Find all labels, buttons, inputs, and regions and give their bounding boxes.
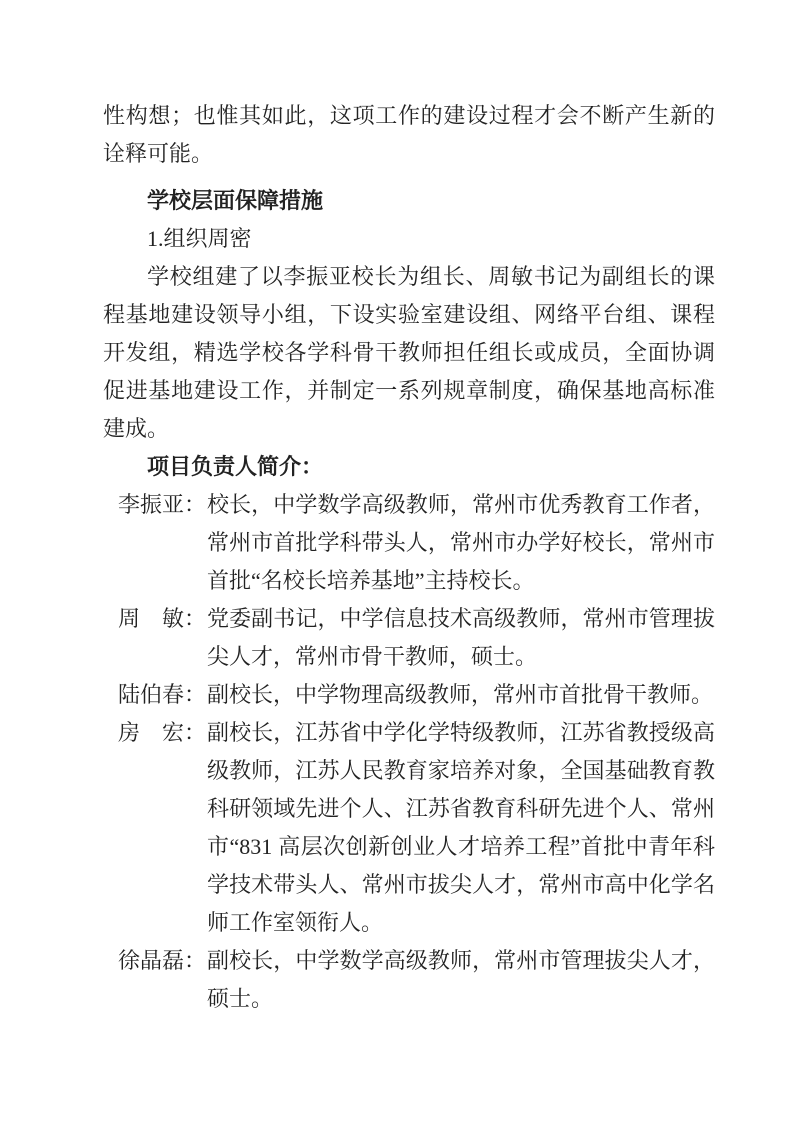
leader-name: 房 宏： (103, 714, 207, 752)
document-page: 性构想；也惟其如此，这项工作的建设过程才会不断产生新的诠释可能。 学校层面保障措… (0, 0, 800, 1131)
document-content: 性构想；也惟其如此，这项工作的建设过程才会不断产生新的诠释可能。 学校层面保障措… (103, 97, 715, 1018)
leader-row: 徐晶磊： 副校长，中学数学高级教师，常州市管理拔尖人才，硕士。 (103, 942, 715, 1018)
leader-name: 徐晶磊： (103, 942, 207, 980)
leader-name: 陆伯春： (103, 676, 207, 714)
leader-bio: 副校长，中学物理高级教师，常州市首批骨干教师。 (207, 676, 715, 714)
leader-bio: 党委副书记，中学信息技术高级教师，常州市管理拔尖人才，常州市骨干教师，硕士。 (207, 600, 715, 676)
leader-row: 周 敏： 党委副书记，中学信息技术高级教师，常州市管理拔尖人才，常州市骨干教师，… (103, 600, 715, 676)
leader-row: 李振亚： 校长，中学数学高级教师，常州市优秀教育工作者，常州市首批学科带头人，常… (103, 486, 715, 600)
sub-heading: 1.组织周密 (103, 220, 715, 258)
leader-name: 李振亚： (103, 486, 207, 524)
leader-bio: 校长，中学数学高级教师，常州市优秀教育工作者，常州市首批学科带头人，常州市办学好… (207, 486, 715, 600)
leader-bio: 副校长，江苏省中学化学特级教师，江苏省教授级高级教师，江苏人民教育家培养对象，全… (207, 714, 715, 942)
section-heading: 学校层面保障措施 (103, 182, 715, 220)
leader-name: 周 敏： (103, 600, 207, 638)
leader-row: 陆伯春： 副校长，中学物理高级教师，常州市首批骨干教师。 (103, 676, 715, 714)
intro-paragraph: 性构想；也惟其如此，这项工作的建设过程才会不断产生新的诠释可能。 (103, 97, 715, 173)
leader-row: 房 宏： 副校长，江苏省中学化学特级教师，江苏省教授级高级教师，江苏人民教育家培… (103, 714, 715, 942)
body-paragraph: 学校组建了以李振亚校长为组长、周敏书记为副组长的课程基地建设领导小组，下设实验室… (103, 258, 715, 448)
leader-bio: 副校长，中学数学高级教师，常州市管理拔尖人才，硕士。 (207, 942, 715, 1018)
leaders-heading: 项目负责人简介： (103, 448, 715, 486)
